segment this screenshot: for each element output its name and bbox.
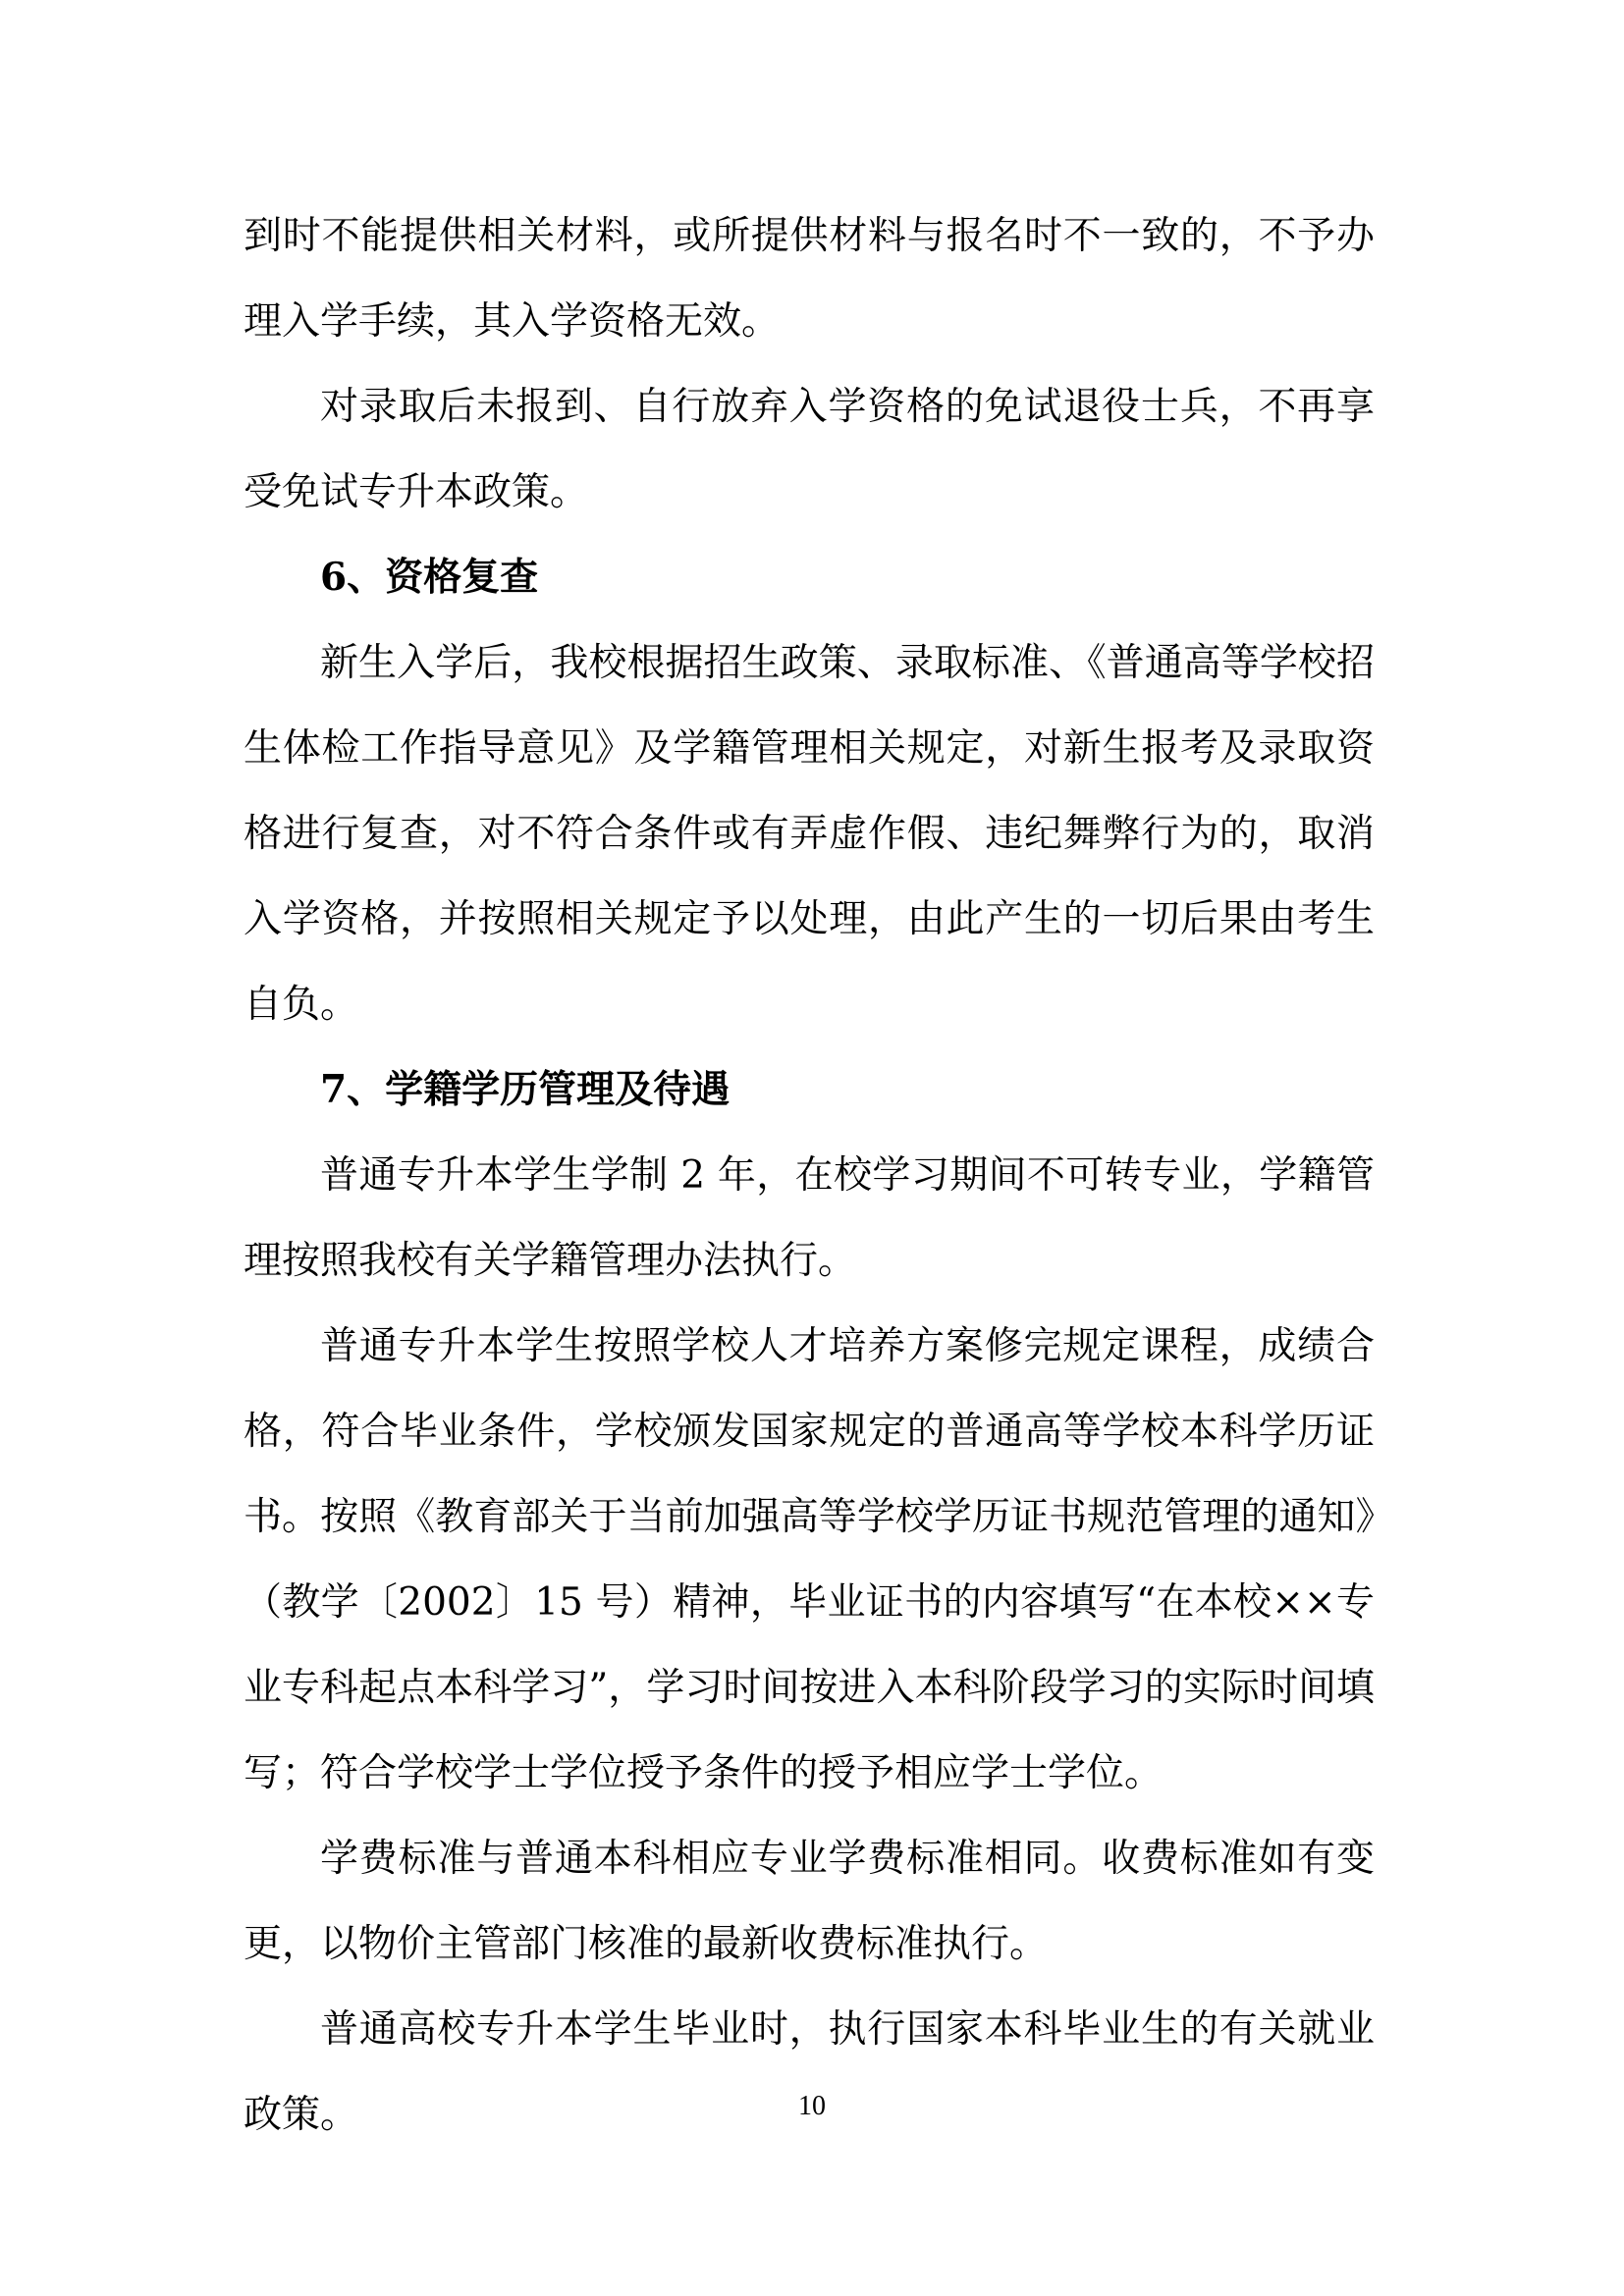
paragraph-study-length: 普通专升本学生学制 2 年，在校学习期间不可转专业，学籍管理按照我校有关学籍管理… [244,1133,1375,1304]
paragraph-diploma-rules: 普通专升本学生按照学校人才培养方案修完规定课程，成绩合格，符合毕业条件，学校颁发… [244,1304,1375,1816]
paragraph-tuition: 学费标准与普通本科相应专业学费标准相同。收费标准如有变更，以物价主管部门核准的最… [244,1816,1375,1987]
section-heading-7-student-status: 7、学籍学历管理及待遇 [244,1047,1375,1133]
paragraph-continuation: 到时不能提供相关材料，或所提供材料与报名时不一致的，不予办理入学手续，其入学资格… [244,193,1375,364]
paragraph-exempt-soldiers: 对录取后未报到、自行放弃入学资格的免试退役士兵，不再享受免试专升本政策。 [244,364,1375,535]
section-heading-6-qualification-review: 6、资格复查 [244,535,1375,620]
document-body: 到时不能提供相关材料，或所提供材料与报名时不一致的，不予办理入学手续，其入学资格… [244,193,1375,2158]
paragraph-qualification-review: 新生入学后，我校根据招生政策、录取标准、《普通高等学校招生体检工作指导意见》及学… [244,620,1375,1047]
page-number: 10 [0,2089,1624,2124]
document-page: 到时不能提供相关材料，或所提供材料与报名时不一致的，不予办理入学手续，其入学资格… [0,0,1624,2296]
paragraph-employment-policy: 普通高校专升本学生毕业时，执行国家本科毕业生的有关就业政策。 [244,1987,1375,2158]
